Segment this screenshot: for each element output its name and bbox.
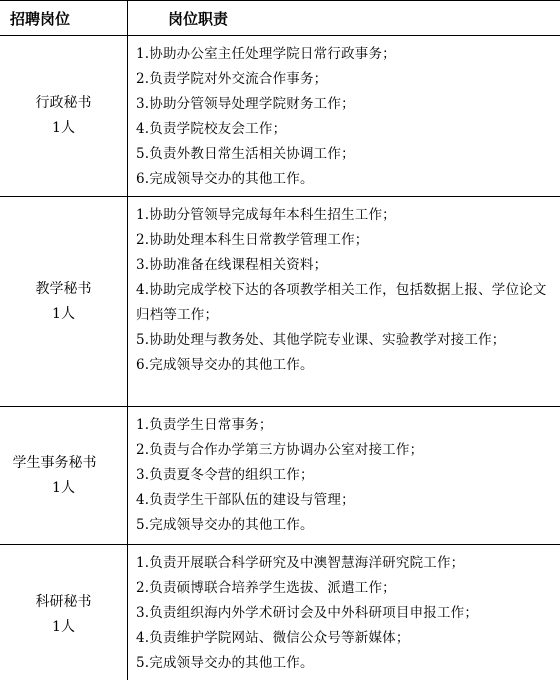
- position-count: 1人: [52, 476, 75, 501]
- position-name: 学生事务秘书: [13, 451, 97, 476]
- position-count: 1人: [52, 302, 75, 327]
- duties-cell: 1.负责开展联合科学研究及中澳智慧海洋研究院工作； 2.负责硕博联合培养学生选拔…: [128, 545, 560, 680]
- position-name: 科研秘书: [36, 590, 92, 615]
- recruitment-table: 招聘岗位 岗位职责 行政秘书 1人 1.协助办公室主任处理学院日常行政事务； 2…: [0, 0, 560, 680]
- duty-item: 2.负责学院对外交流合作事务；: [136, 67, 560, 92]
- position-count: 1人: [52, 615, 75, 640]
- duty-item: 5.协助处理与教务处、其他学院专业课、实验教学对接工作；: [136, 328, 560, 353]
- duty-item: 5.完成领导交办的其他工作。: [136, 513, 560, 538]
- position-cell: 学生事务秘书 1人: [0, 407, 128, 544]
- duty-item: 5.负责外教日常生活相关协调工作；: [136, 142, 560, 167]
- duty-item: 1.负责学生日常事务；: [136, 413, 560, 438]
- table-row: 教学秘书 1人 1.协助分管领导完成每年本科生招生工作； 2.协助处理本科生日常…: [0, 197, 560, 407]
- position-name: 行政秘书: [36, 91, 92, 116]
- header-cell-position: 招聘岗位: [0, 1, 128, 35]
- duty-item: 1.负责开展联合科学研究及中澳智慧海洋研究院工作；: [136, 551, 560, 576]
- duties-cell: 1.协助分管领导完成每年本科生招生工作； 2.协助处理本科生日常教学管理工作； …: [128, 197, 560, 406]
- table-header-row: 招聘岗位 岗位职责: [0, 0, 560, 36]
- duty-item: 4.负责学生干部队伍的建设与管理；: [136, 488, 560, 513]
- duty-item: 2.负责硕博联合培养学生选拔、派遣工作；: [136, 576, 560, 601]
- position-cell: 科研秘书 1人: [0, 545, 128, 680]
- duty-item: 4.协助完成学校下达的各项教学相关工作，包括数据上报、学位论文归档等工作；: [136, 278, 560, 328]
- table-row: 学生事务秘书 1人 1.负责学生日常事务； 2.负责与合作办学第三方协调办公室对…: [0, 407, 560, 545]
- position-name: 教学秘书: [36, 277, 92, 302]
- duty-item: 5.完成领导交办的其他工作。: [136, 651, 560, 676]
- position-cell: 行政秘书 1人: [0, 36, 128, 196]
- table-row: 科研秘书 1人 1.负责开展联合科学研究及中澳智慧海洋研究院工作； 2.负责硕博…: [0, 545, 560, 680]
- duty-item: 3.协助准备在线课程相关资料；: [136, 253, 560, 278]
- duty-item: 3.负责组织海内外学术研讨会及中外科研项目申报工作；: [136, 601, 560, 626]
- duty-item: 3.协助分管领导处理学院财务工作；: [136, 92, 560, 117]
- header-cell-duties: 岗位职责: [128, 1, 560, 35]
- table-row: 行政秘书 1人 1.协助办公室主任处理学院日常行政事务； 2.负责学院对外交流合…: [0, 36, 560, 197]
- duty-item: 2.协助处理本科生日常教学管理工作；: [136, 228, 560, 253]
- duty-item: 4.负责维护学院网站、微信公众号等新媒体；: [136, 626, 560, 651]
- duty-item: 1.协助办公室主任处理学院日常行政事务；: [136, 42, 560, 67]
- header-duties-label: 岗位职责: [168, 8, 228, 29]
- duty-item: 3.负责夏冬令营的组织工作；: [136, 463, 560, 488]
- duty-item: 4.负责学院校友会工作；: [136, 117, 560, 142]
- duties-cell: 1.负责学生日常事务； 2.负责与合作办学第三方协调办公室对接工作； 3.负责夏…: [128, 407, 560, 544]
- duty-item: 6.完成领导交办的其他工作。: [136, 353, 560, 378]
- duties-cell: 1.协助办公室主任处理学院日常行政事务； 2.负责学院对外交流合作事务； 3.协…: [128, 36, 560, 196]
- position-count: 1人: [52, 116, 75, 141]
- duty-item: 2.负责与合作办学第三方协调办公室对接工作；: [136, 438, 560, 463]
- header-position-label: 招聘岗位: [10, 8, 70, 29]
- duty-item: 6.完成领导交办的其他工作。: [136, 167, 560, 192]
- position-cell: 教学秘书 1人: [0, 197, 128, 406]
- duty-item: 1.协助分管领导完成每年本科生招生工作；: [136, 203, 560, 228]
